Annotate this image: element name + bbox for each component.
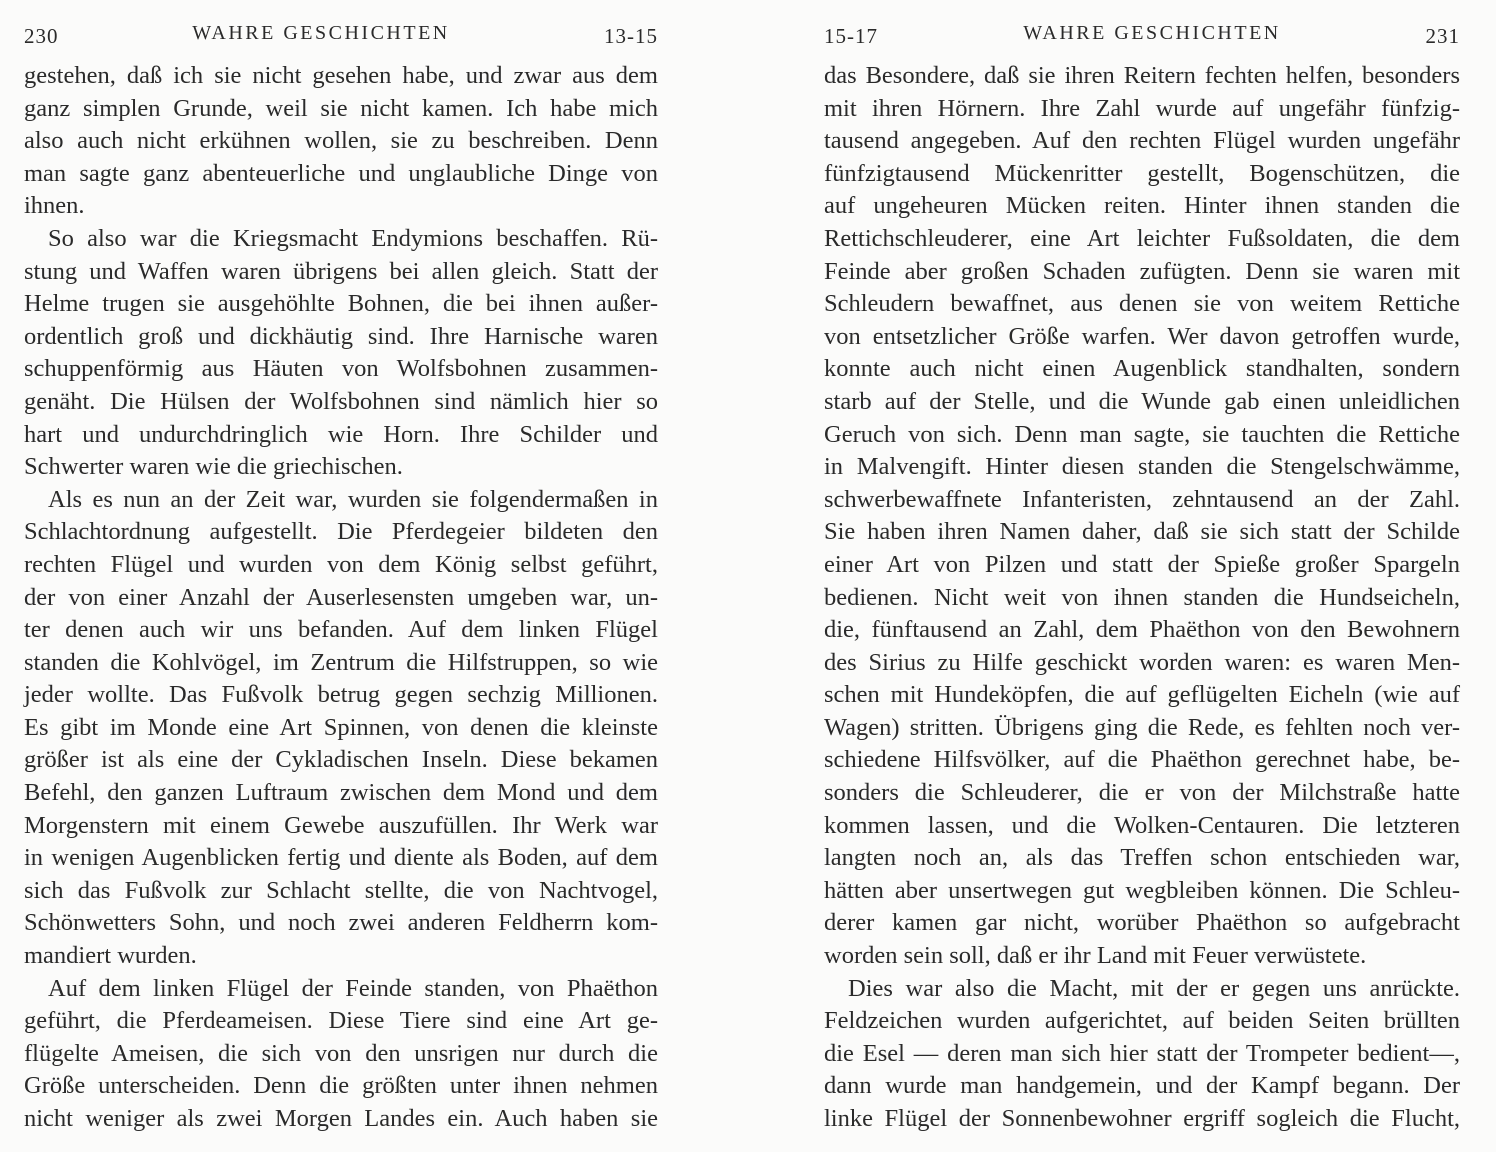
text-line: Geruch von sich. Denn man sagte, sie tau…	[824, 419, 1460, 452]
text-line: Morgenstern mit einem Gewebe auszufüllen…	[24, 810, 658, 843]
text-line: Es gibt im Monde eine Art Spinnen, von d…	[24, 712, 658, 745]
text-line: derer kamen gar nicht, worüber Phaëthon …	[824, 907, 1460, 940]
text-line: Schönwetters Sohn, und noch zwei anderen…	[24, 907, 658, 940]
text-line: Feldzeichen wurden aufgerichtet, auf bei…	[824, 1005, 1460, 1038]
text-line: schwerbewaffnete Infanteristen, zehntaus…	[824, 484, 1460, 517]
text-line: Wagen) stritten. Übrigens ging die Rede,…	[824, 712, 1460, 745]
text-line: Schlachtordnung aufgestellt. Die Pferdeg…	[24, 516, 658, 549]
text-line: man sagte ganz abenteuerliche und unglau…	[24, 158, 658, 191]
page-number: 231	[1426, 24, 1461, 49]
text-line: linke Flügel der Sonnenbewohner ergriff …	[824, 1103, 1460, 1136]
text-line: schuppenförmig aus Häuten von Wolfsbohne…	[24, 353, 658, 386]
text-line: das Besondere, daß sie ihren Reitern fec…	[824, 60, 1460, 93]
right-running-head: 15-17 WAHRE GESCHICHTEN 231	[824, 22, 1460, 50]
left-body-text: gestehen, daß ich sie nicht gesehen habe…	[24, 60, 658, 1136]
text-line: von entsetzlicher Größe warfen. Wer davo…	[824, 321, 1460, 354]
text-line: ter denen auch wir uns befanden. Auf dem…	[24, 614, 658, 647]
text-line: hart und undurchdringlich wie Horn. Ihre…	[24, 419, 658, 452]
text-line: stung und Waffen waren übrigens bei alle…	[24, 256, 658, 289]
paragraph-start-line: Dies war also die Macht, mit der er gege…	[824, 973, 1460, 1006]
text-line: standen die Kohlvögel, im Zentrum die Hi…	[24, 647, 658, 680]
text-line: konnte auch nicht einen Augenblick stand…	[824, 353, 1460, 386]
text-line: in wenigen Augenblicken fertig und dient…	[24, 842, 658, 875]
right-body-text: das Besondere, daß sie ihren Reitern fec…	[824, 60, 1460, 1136]
text-line: ihnen.	[24, 190, 658, 223]
running-title: WAHRE GESCHICHTEN	[0, 22, 658, 45]
text-line: größer ist als eine der Cykladischen Ins…	[24, 744, 658, 777]
text-line: auf ungeheuren Mücken reiten. Hinter ihn…	[824, 190, 1460, 223]
text-line: genäht. Die Hülsen der Wolfsbohnen sind …	[24, 386, 658, 419]
text-line: mandiert wurden.	[24, 940, 658, 973]
text-line: Sie haben ihren Namen daher, daß sie sic…	[824, 516, 1460, 549]
text-line: fünfzigtausend Mückenritter gestellt, Bo…	[824, 158, 1460, 191]
text-line: einer Art von Pilzen und statt der Spieß…	[824, 549, 1460, 582]
text-line: kommen lassen, und die Wolken-Centauren.…	[824, 810, 1460, 843]
text-line: ordentlich groß und dickhäutig sind. Ihr…	[24, 321, 658, 354]
running-title: WAHRE GESCHICHTEN	[844, 22, 1460, 45]
left-running-head: 230 WAHRE GESCHICHTEN 13-15	[24, 22, 658, 50]
text-line: Schleudern bewaffnet, aus denen sie von …	[824, 288, 1460, 321]
text-line: starb auf der Stelle, und die Wunde gab …	[824, 386, 1460, 419]
text-line: Helme trugen sie ausgehöhlte Bohnen, die…	[24, 288, 658, 321]
text-line: der von einer Anzahl der Auserlesensten …	[24, 582, 658, 615]
text-line: gestehen, daß ich sie nicht gesehen habe…	[24, 60, 658, 93]
paragraph-start-line: So also war die Kriegsmacht Endymions be…	[24, 223, 658, 256]
right-page: 15-17 WAHRE GESCHICHTEN 231 das Besonder…	[824, 0, 1460, 1152]
text-line: also auch nicht erkühnen wollen, sie zu …	[24, 125, 658, 158]
text-line: rechten Flügel und wurden von dem König …	[24, 549, 658, 582]
text-line: die, fünftausend an Zahl, dem Phaëthon v…	[824, 614, 1460, 647]
text-line: schen mit Hundeköpfen, die auf geflügelt…	[824, 679, 1460, 712]
text-line: Rettichschleuderer, eine Art leichter Fu…	[824, 223, 1460, 256]
text-line: die Esel — deren man sich hier statt der…	[824, 1038, 1460, 1071]
text-line: Feinde aber großen Schaden zufügten. Den…	[824, 256, 1460, 289]
text-line: sich das Fußvolk zur Schlacht stellte, d…	[24, 875, 658, 908]
text-line: Befehl, den ganzen Luftraum zwischen dem…	[24, 777, 658, 810]
paragraph-start-line: Auf dem linken Flügel der Feinde standen…	[24, 973, 658, 1006]
text-line: mit ihren Hörnern. Ihre Zahl wurde auf u…	[824, 93, 1460, 126]
text-line: tausend angegeben. Auf den rechten Flüge…	[824, 125, 1460, 158]
text-line: worden sein soll, daß er ihr Land mit Fe…	[824, 940, 1460, 973]
text-line: langten noch an, als das Treffen schon e…	[824, 842, 1460, 875]
text-line: bedienen. Nicht weit von ihnen standen d…	[824, 582, 1460, 615]
paragraph-start-line: Als es nun an der Zeit war, wurden sie f…	[24, 484, 658, 517]
text-line: sonders die Schleuderer, die er von der …	[824, 777, 1460, 810]
text-line: schiedene Hilfsvölker, auf die Phaëthon …	[824, 744, 1460, 777]
text-line: dann wurde man handgemein, und der Kampf…	[824, 1070, 1460, 1103]
section-range: 13-15	[604, 24, 658, 49]
text-line: ganz simplen Grunde, weil sie nicht kame…	[24, 93, 658, 126]
left-page: 230 WAHRE GESCHICHTEN 13-15 gestehen, da…	[24, 0, 658, 1152]
text-line: nicht weniger als zwei Morgen Landes ein…	[24, 1103, 658, 1136]
text-line: in Malvengift. Hinter diesen standen die…	[824, 451, 1460, 484]
text-line: jeder wollte. Das Fußvolk betrug gegen s…	[24, 679, 658, 712]
text-line: des Sirius zu Hilfe geschickt worden war…	[824, 647, 1460, 680]
text-line: Größe unterscheiden. Denn die größten un…	[24, 1070, 658, 1103]
text-line: hätten aber unsertwegen gut wegbleiben k…	[824, 875, 1460, 908]
text-line: flügelte Ameisen, die sich von den unsri…	[24, 1038, 658, 1071]
text-line: Schwerter waren wie die griechischen.	[24, 451, 658, 484]
text-line: geführt, die Pferdeameisen. Diese Tiere …	[24, 1005, 658, 1038]
